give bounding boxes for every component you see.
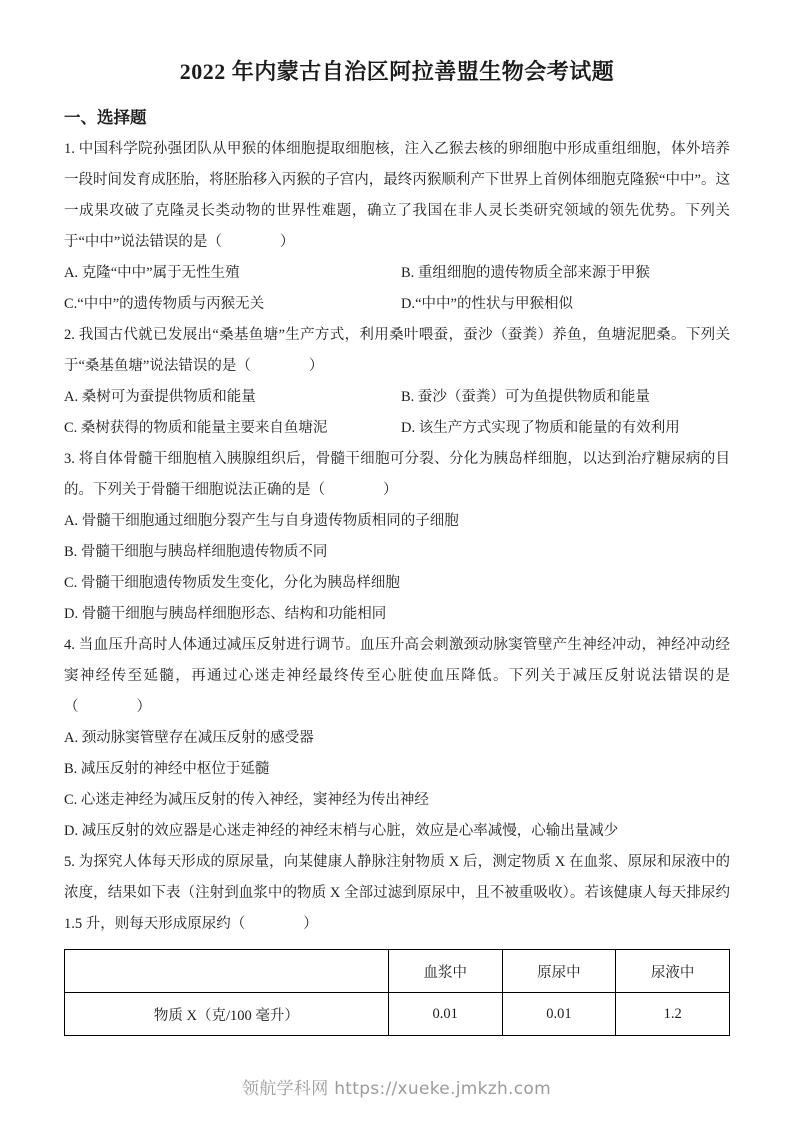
question-1-option-b: B. 重组细胞的遗传物质全部来源于甲猴: [401, 258, 730, 289]
question-2-options: A. 桑树可为蚕提供物质和能量 B. 蚕沙（蚕粪）可为鱼提供物质和能量 C. 桑…: [64, 382, 730, 444]
question-4-options: A. 颈动脉窦管壁存在减压反射的感受器 B. 减压反射的神经中枢位于延髓 C. …: [64, 723, 730, 847]
table-header-urine: 尿液中: [616, 950, 730, 993]
table-cell-substance-label: 物质 X（克/100 毫升）: [65, 993, 389, 1036]
table-header-row: 血浆中 原尿中 尿液中: [65, 950, 730, 993]
question-2-option-c: C. 桑树获得的物质和能量主要来自鱼塘泥: [64, 413, 401, 444]
question-3-options: A. 骨髓干细胞通过细胞分裂产生与自身遗传物质相同的子细胞 B. 骨髓干细胞与胰…: [64, 506, 730, 630]
table-header-plasma: 血浆中: [388, 950, 502, 993]
page-title: 2022 年内蒙古自治区阿拉善盟生物会考试题: [64, 56, 730, 88]
exam-page: 2022 年内蒙古自治区阿拉善盟生物会考试题 一、选择题 1. 中国科学院孙强团…: [0, 0, 793, 1122]
question-1-option-a: A. 克隆“中中”属于无性生殖: [64, 258, 401, 289]
watermark-footer: 领航学科网 https://xueke.jmkzh.com: [0, 1074, 793, 1099]
question-1-option-c: C.“中中”的遗传物质与丙猴无关: [64, 289, 401, 320]
substance-x-concentration-table: 血浆中 原尿中 尿液中 物质 X（克/100 毫升） 0.01 0.01 1.2: [64, 949, 730, 1036]
table-header-empty: [65, 950, 389, 993]
question-4-option-c: C. 心迷走神经为减压反射的传入神经，窦神经为传出神经: [64, 785, 730, 816]
question-4-option-b: B. 减压反射的神经中枢位于延髓: [64, 754, 730, 785]
table-cell-primary-urine-value: 0.01: [502, 993, 616, 1036]
table-row: 物质 X（克/100 毫升） 0.01 0.01 1.2: [65, 993, 730, 1036]
question-4-stem: 4. 当血压升高时人体通过减压反射进行调节。血压升高会刺激颈动脉窦管壁产生神经冲…: [64, 630, 730, 723]
question-3-option-b: B. 骨髓干细胞与胰岛样细胞遗传物质不同: [64, 537, 730, 568]
table-cell-plasma-value: 0.01: [388, 993, 502, 1036]
question-3-stem: 3. 将自体骨髓干细胞植入胰腺组织后，骨髓干细胞可分裂、分化为胰岛样细胞，以达到…: [64, 444, 730, 506]
question-2-option-d: D. 该生产方式实现了物质和能量的有效利用: [401, 413, 730, 444]
question-1-option-d: D.“中中”的性状与甲猴相似: [401, 289, 730, 320]
question-4-option-d: D. 减压反射的效应器是心迷走神经的神经末梢与心脏，效应是心率减慢，心输出量减少: [64, 816, 730, 847]
table-cell-urine-value: 1.2: [616, 993, 730, 1036]
question-1-stem: 1. 中国科学院孙强团队从甲猴的体细胞提取细胞核，注入乙猴去核的卵细胞中形成重组…: [64, 134, 730, 258]
question-4-option-a: A. 颈动脉窦管壁存在减压反射的感受器: [64, 723, 730, 754]
question-2-option-a: A. 桑树可为蚕提供物质和能量: [64, 382, 401, 413]
section-heading: 一、选择题: [64, 101, 730, 134]
question-2-stem: 2. 我国古代就已发展出“桑基鱼塘”生产方式，利用桑叶喂蚕，蚕沙（蚕粪）养鱼，鱼…: [64, 320, 730, 382]
question-1-options: A. 克隆“中中”属于无性生殖 B. 重组细胞的遗传物质全部来源于甲猴 C.“中…: [64, 258, 730, 320]
question-3-option-c: C. 骨髓干细胞遗传物质发生变化，分化为胰岛样细胞: [64, 568, 730, 599]
question-3-option-a: A. 骨髓干细胞通过细胞分裂产生与自身遗传物质相同的子细胞: [64, 506, 730, 537]
table-header-primary-urine: 原尿中: [502, 950, 616, 993]
question-3-option-d: D. 骨髓干细胞与胰岛样细胞形态、结构和功能相同: [64, 599, 730, 630]
question-5-stem: 5. 为探究人体每天形成的原尿量，向某健康人静脉注射物质 X 后，测定物质 X …: [64, 847, 730, 940]
question-2-option-b: B. 蚕沙（蚕粪）可为鱼提供物质和能量: [401, 382, 730, 413]
